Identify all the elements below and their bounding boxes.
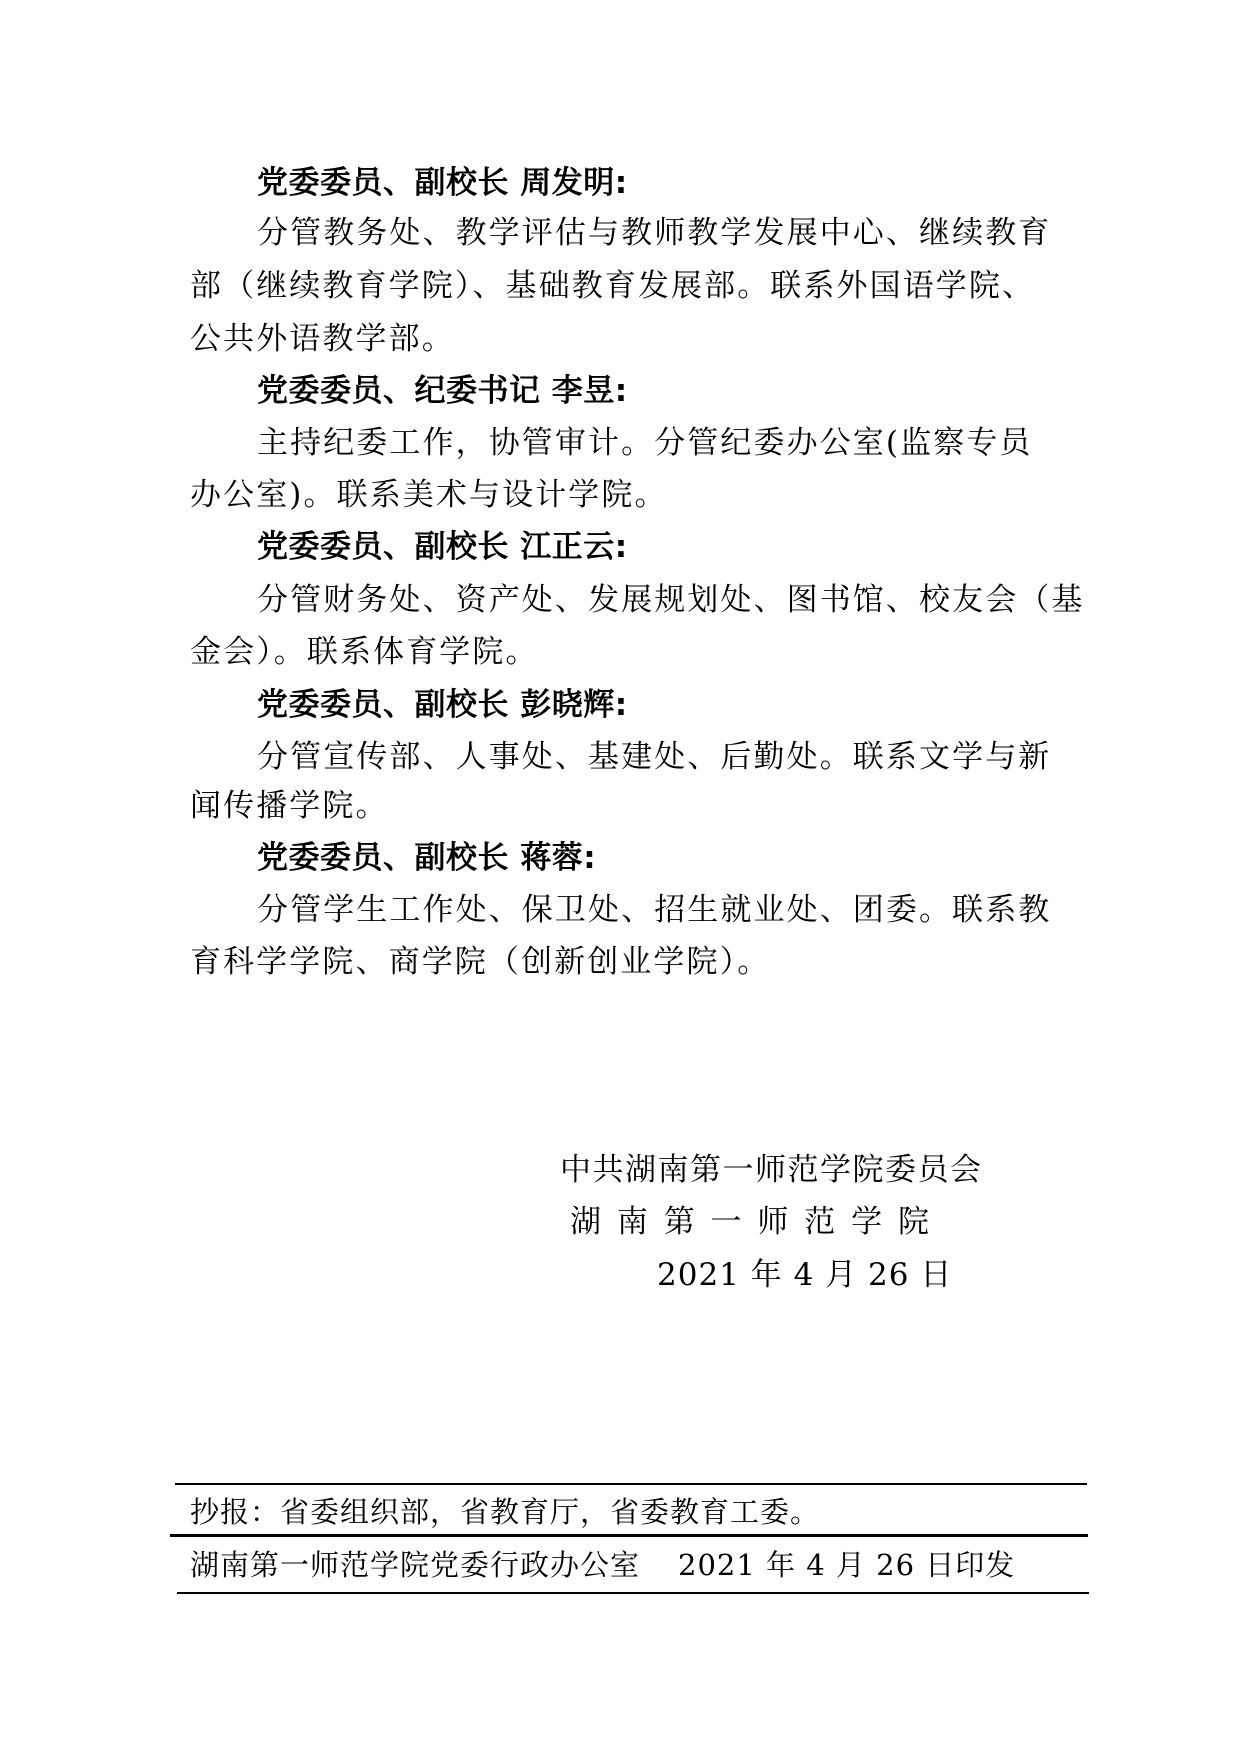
section-heading: 党委委员、副校长 蒋蓉: <box>257 832 596 884</box>
section-heading: 党委委员、纪委书记 李昱: <box>257 365 628 417</box>
section-body-line: 金会）。联系体育学院。 <box>190 626 539 678</box>
section-body-line: 闻传播学院。 <box>190 780 389 832</box>
section-heading: 党委委员、副校长 江正云: <box>257 521 628 573</box>
footer-rule-middle <box>170 1534 1088 1537</box>
footer-issuer: 湖南第一师范学院党委行政办公室 <box>190 1548 640 1582</box>
section-body-line: 分管宣传部、人事处、基建处、后勤处。联系文学与新 <box>257 731 1051 783</box>
footer-rule-bottom <box>177 1592 1089 1594</box>
section-heading: 党委委员、副校长 周发明: <box>257 157 628 209</box>
section-body-line: 分管学生工作处、保卫处、招生就业处、团委。联系教 <box>257 884 1051 936</box>
signature-institution: 湖 南 第 一 师 范 学 院 <box>570 1196 932 1248</box>
section-body-line: 育科学学院、商学院（创新创业学院）。 <box>190 936 770 988</box>
footer-rule-top <box>175 1483 1087 1485</box>
section-body-line: 办公室)。联系美术与设计学院。 <box>190 469 668 521</box>
footer-cc: 抄报：省委组织部，省教育厅，省委教育工委。 <box>190 1489 820 1535</box>
signature-party-committee: 中共湖南第一师范学院委员会 <box>560 1144 983 1196</box>
signature-date: 2021 年 4 月 26 日 <box>657 1249 952 1301</box>
section-body-line: 分管财务处、资产处、发展规划处、图书馆、校友会（基 <box>257 574 1085 626</box>
footer-issue-date: 2021 年 4 月 26 日印发 <box>678 1548 1015 1582</box>
section-body-line: 公共外语教学部。 <box>190 313 455 365</box>
section-body-line: 部（继续教育学院）、基础教育发展部。联系外国语学院、 <box>190 260 1035 312</box>
section-body-line: 分管教务处、教学评估与教师教学发展中心、继续教育 <box>257 207 1051 259</box>
section-heading: 党委委员、副校长 彭晓辉: <box>257 679 628 731</box>
footer-issue-line: 湖南第一师范学院党委行政办公室2021 年 4 月 26 日印发 <box>190 1542 1015 1588</box>
section-body-line: 主持纪委工作，协管审计。分管纪委办公室(监察专员 <box>257 417 1033 469</box>
